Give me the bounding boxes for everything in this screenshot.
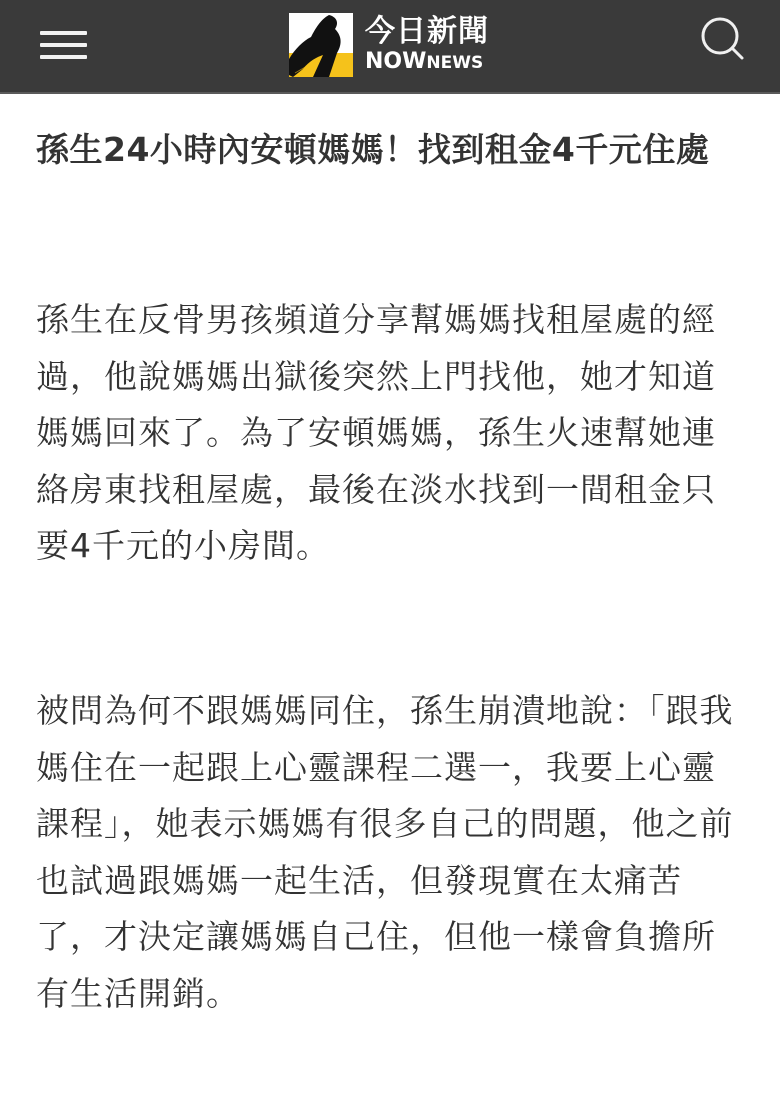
logo-mark-icon (289, 13, 353, 77)
article-paragraph: 孫生在反骨男孩頻道分享幫媽媽找租屋處的經過，他說媽媽出獄後突然上門找他，她才知道… (36, 292, 736, 575)
top-nav-bar: 今日新聞 NOWNEWS (0, 0, 780, 94)
article-title: 孫生24小時內安頓媽媽！找到租金4千元住處 (36, 122, 748, 178)
logo-name-zh: 今日新聞 (365, 17, 489, 47)
site-logo[interactable]: 今日新聞 NOWNEWS (289, 13, 489, 77)
menu-line (40, 43, 87, 47)
article-body: 孫生24小時內安頓媽媽！找到租金4千元住處 孫生在反骨男孩頻道分享幫媽媽找租屋處… (36, 122, 748, 178)
article-paragraph: 被問為何不跟媽媽同住，孫生崩潰地說：「跟我媽住在一起跟上心靈課程二選一，我要上心… (36, 683, 736, 1022)
logo-wordmark: 今日新聞 NOWNEWS (365, 17, 489, 73)
menu-line (40, 55, 87, 59)
hamburger-menu-icon[interactable] (40, 28, 88, 62)
search-icon[interactable] (696, 12, 750, 66)
logo-name-en: NOWNEWS (365, 51, 489, 73)
menu-line (40, 31, 87, 35)
